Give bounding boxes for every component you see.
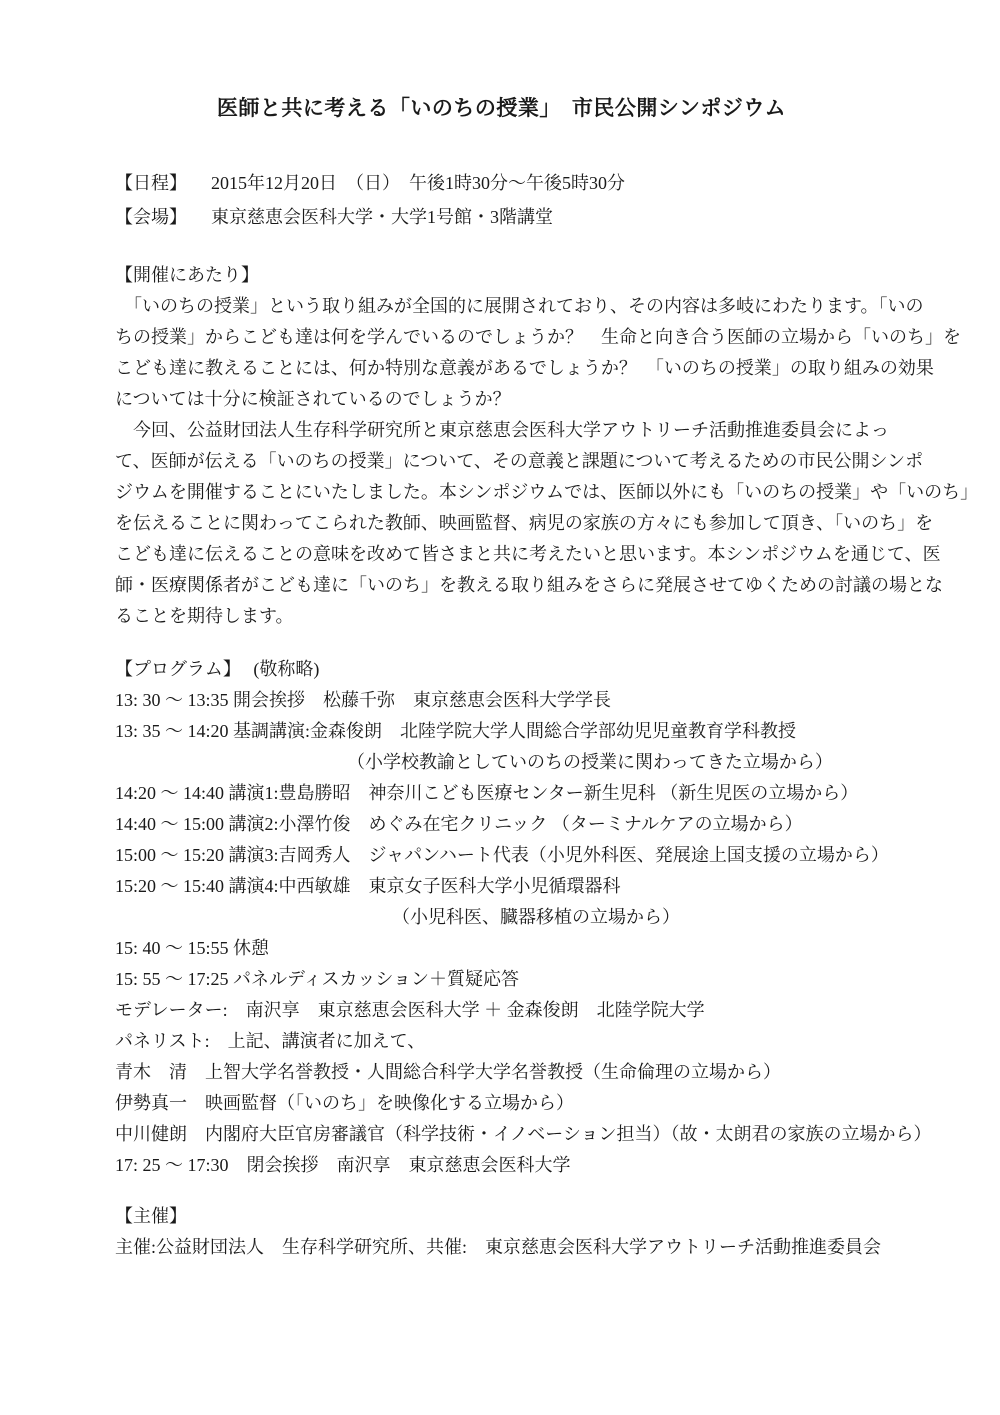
paragraph-line: 「いのちの授業」という取り組みが全国的に展開されており、その内容は多岐にわたりま…: [115, 291, 888, 322]
schedule-label: 【日程】: [115, 166, 187, 200]
venue-value: 東京慈恵会医科大学・大学1号館・3階講堂: [211, 200, 553, 234]
program-line: 青木 清 上智大学名誉教授・人間総合科学大学名誉教授（生命倫理の立場から）: [115, 1057, 888, 1088]
program-section: 13: 30 ～ 13:35 開会挨拶 松藤千弥 東京慈恵会医科大学学長 13:…: [115, 685, 888, 1181]
organizer-line: 主催:公益財団法人 生存科学研究所、共催: 東京慈恵会医科大学アウトリーチ活動推…: [115, 1232, 888, 1263]
paragraph-line: ることを期待します。: [115, 601, 888, 632]
paragraph-line: を伝えることに関わってこられた教師、映画監督、病児の家族の方々にも参加して頂き、…: [115, 508, 888, 539]
venue-row: 【会場】 東京慈恵会医科大学・大学1号館・3階講堂: [115, 200, 888, 234]
schedule-value: 2015年12月20日 （日） 午後1時30分～午後5時30分: [211, 166, 625, 200]
paragraph-line: 今回、公益財団法人生存科学研究所と東京慈恵会医科大学アウトリーチ活動推進委員会に…: [115, 415, 888, 446]
program-line: 13: 35 ～ 14:20 基調講演:金森俊朗 北陸学院大学人間総合学部幼児児…: [115, 716, 888, 747]
paragraph-line: こども達に教えることには、何か特別な意義があるでしょうか？ 「いのちの授業」の取…: [115, 353, 888, 384]
program-section-heading-row: 【プログラム】 (敬称略): [115, 654, 888, 685]
program-line: 15:20 ～ 15:40 講演4:中西敏雄 東京女子医科大学小児循環器科: [115, 871, 888, 902]
program-line: 14:40 ～ 15:00 講演2:小澤竹俊 めぐみ在宅クリニック （ターミナル…: [115, 809, 888, 840]
program-honorifics-note: (敬称略): [253, 659, 319, 679]
paragraph-line: については十分に検証されているのでしょうか？: [115, 384, 888, 415]
venue-label: 【会場】: [115, 200, 187, 234]
program-line: モデレーター: 南沢享 東京慈恵会医科大学 ＋ 金森俊朗 北陸学院大学: [115, 995, 888, 1026]
paragraph-line: て、医師が伝える「いのちの授業」について、その意義と課題について考えるための市民…: [115, 446, 888, 477]
program-line-continuation: （小学校教諭としていのちの授業に関わってきた立場から）: [347, 747, 888, 778]
paragraph-line: ちの授業」からこども達は何を学んでいるのでしょうか？ 生命と向き合う医師の立場か…: [115, 322, 888, 353]
program-line: 14:20 ～ 14:40 講演1:豊島勝昭 神奈川こども医療センター新生児科 …: [115, 778, 888, 809]
program-line: 15: 40 ～ 15:55 休憩: [115, 933, 888, 964]
program-line: 中川健朗 内閣府大臣官房審議官（科学技術・イノベーション担当）（故・太朗君の家族…: [115, 1119, 888, 1150]
paragraph-line: こども達に伝えることの意味を改めて皆さまと共に考えたいと思います。本シンポジウム…: [115, 539, 888, 570]
document-content: 医師と共に考える「いのちの授業」 市民公開シンポジウム 【日程】 2015年12…: [0, 0, 1000, 1263]
program-line: 伊勢真一 映画監督（「いのち」を映像化する立場から）: [115, 1088, 888, 1119]
program-line-continuation: （小児科医、臓器移植の立場から）: [392, 902, 888, 933]
paragraph-line: ジウムを開催することにいたしました。本シンポジウムでは、医師以外にも「いのちの授…: [115, 477, 888, 508]
document-page: 医師と共に考える「いのちの授業」 市民公開シンポジウム 【日程】 2015年12…: [0, 0, 1000, 1415]
program-section-heading: 【プログラム】: [115, 659, 241, 679]
document-title: 医師と共に考える「いのちの授業」 市民公開シンポジウム: [115, 94, 888, 124]
program-line: 15:00 ～ 15:20 講演3:吉岡秀人 ジャパンハート代表（小児外科医、発…: [115, 840, 888, 871]
organizer-section-heading: 【主催】: [115, 1201, 888, 1232]
paragraph-line: 師・医療関係者がこども達に「いのち」を教える取り組みをさらに発展させてゆくための…: [115, 570, 888, 601]
program-line: 15: 55 ～ 17:25 パネルディスカッション＋質疑応答: [115, 964, 888, 995]
program-line: 17: 25 ～ 17:30 閉会挨拶 南沢享 東京慈恵会医科大学: [115, 1150, 888, 1181]
program-line: 13: 30 ～ 13:35 開会挨拶 松藤千弥 東京慈恵会医科大学学長: [115, 685, 888, 716]
opening-section-heading: 【開催にあたり】: [115, 260, 888, 291]
program-line: パネリスト: 上記、講演者に加えて、: [115, 1026, 888, 1057]
opening-section: 「いのちの授業」という取り組みが全国的に展開されており、その内容は多岐にわたりま…: [115, 291, 888, 632]
schedule-row: 【日程】 2015年12月20日 （日） 午後1時30分～午後5時30分: [115, 166, 888, 200]
